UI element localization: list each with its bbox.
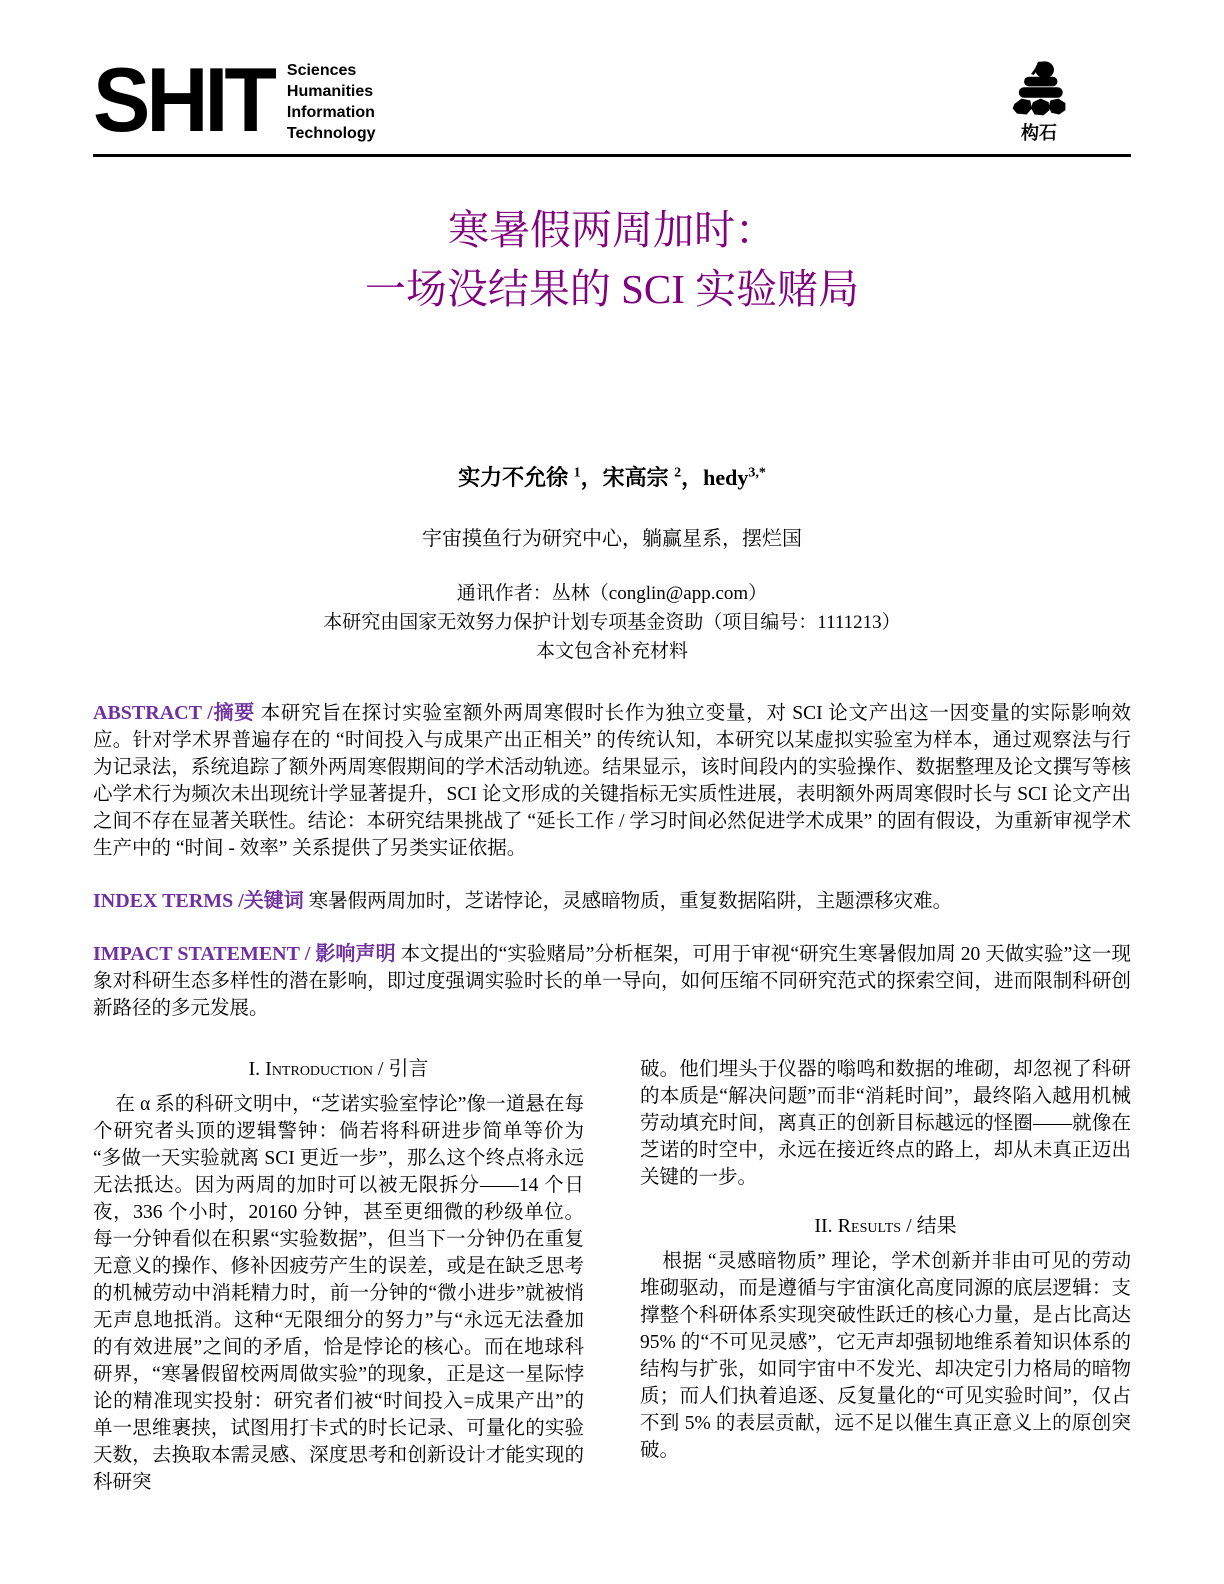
introduction-continuation-paragraph: 破。他们埋头于仪器的嗡鸣和数据的堆砌，却忽视了科研的本质是“解决问题”而非“消耗… <box>640 1056 1131 1191</box>
tagline-line: Technology <box>287 123 376 144</box>
journal-brand: SHIT Sciences Humanities Information Tec… <box>93 58 376 144</box>
funding-line: 本研究由国家无效努力保护计划专项基金资助（项目编号：1111213） <box>93 608 1131 637</box>
tagline-line: Sciences <box>287 60 376 81</box>
results-paragraph: 根据 “灵感暗物质” 理论，学术创新并非由可见的劳动堆砌驱动，而是遵循与宇宙演化… <box>640 1248 1131 1464</box>
author-separator: ， <box>681 465 703 490</box>
journal-masthead: SHIT Sciences Humanities Information Tec… <box>93 58 1131 150</box>
right-column: 破。他们埋头于仪器的嗡鸣和数据的堆砌，却忽视了科研的本质是“解决问题”而非“消耗… <box>640 1056 1131 1496</box>
authors-line: 实力不允徐 1，宋高宗 2，hedy3,* <box>93 461 1131 492</box>
introduction-paragraph: 在 α 系的科研文明中，“芝诺实验室悖论”像一道悬在每个研究者头顶的逻辑警钟：倘… <box>93 1091 584 1496</box>
left-column: I. Introduction / 引言 在 α 系的科研文明中，“芝诺实验室悖… <box>93 1056 584 1496</box>
badge-label: 构石 <box>995 119 1083 145</box>
index-terms-paragraph: INDEX TERMS /关键词 寒暑假两周加时，芝诺悖论，灵感暗物质，重复数据… <box>93 888 1131 915</box>
correspondence-author-line: 通讯作者：丛林（conglin@app.com） <box>93 579 1131 608</box>
author-superscript: 1 <box>574 466 581 481</box>
author-name: 宋高宗 <box>603 465 669 490</box>
abstract-label: ABSTRACT /摘要 <box>93 702 255 724</box>
journal-tagline: Sciences Humanities Information Technolo… <box>287 60 376 144</box>
paper-title-line-2: 一场没结果的 SCI 实验赌局 <box>93 260 1131 319</box>
two-column-body: I. Introduction / 引言 在 α 系的科研文明中，“芝诺实验室悖… <box>93 1056 1131 1496</box>
correspondence-block: 通讯作者：丛林（conglin@app.com） 本研究由国家无效努力保护计划专… <box>93 579 1131 666</box>
stacked-stones-cairn-icon <box>995 60 1083 118</box>
author-superscript: 3,* <box>748 466 766 481</box>
affiliation-line: 宇宙摸鱼行为研究中心，躺赢星系，摆烂国 <box>93 522 1131 551</box>
paper-page: SHIT Sciences Humanities Information Tec… <box>0 0 1224 1584</box>
paper-title: 寒暑假两周加时： 一场没结果的 SCI 实验赌局 <box>93 201 1131 319</box>
author-separator: ， <box>581 465 603 490</box>
impact-statement-paragraph: IMPACT STATEMENT / 影响声明 本文提出的“实验赌局”分析框架，… <box>93 941 1131 1022</box>
paper-title-line-1: 寒暑假两周加时： <box>93 201 1131 260</box>
journal-badge: 构石 <box>995 60 1083 145</box>
index-terms-text: 寒暑假两周加时，芝诺悖论，灵感暗物质，重复数据陷阱，主题漂移灾难。 <box>304 891 952 912</box>
author-name: 实力不允徐 <box>458 465 568 490</box>
masthead-divider <box>93 154 1131 157</box>
journal-logo: SHIT <box>93 58 273 143</box>
tagline-line: Information <box>287 102 376 123</box>
abstract-text: 本研究旨在探讨实验室额外两周寒假时长作为独立变量，对 SCI 论文产出这一因变量… <box>93 703 1131 859</box>
results-heading: II. Results / 结果 <box>640 1213 1131 1240</box>
impact-statement-label: IMPACT STATEMENT / 影响声明 <box>93 943 396 965</box>
supplementary-note-line: 本文包含补充材料 <box>93 637 1131 666</box>
index-terms-label: INDEX TERMS /关键词 <box>93 890 304 912</box>
author-name: hedy <box>703 465 748 490</box>
tagline-line: Humanities <box>287 81 376 102</box>
abstract-paragraph: ABSTRACT /摘要 本研究旨在探讨实验室额外两周寒假时长作为独立变量，对 … <box>93 700 1131 862</box>
introduction-heading: I. Introduction / 引言 <box>93 1056 584 1083</box>
